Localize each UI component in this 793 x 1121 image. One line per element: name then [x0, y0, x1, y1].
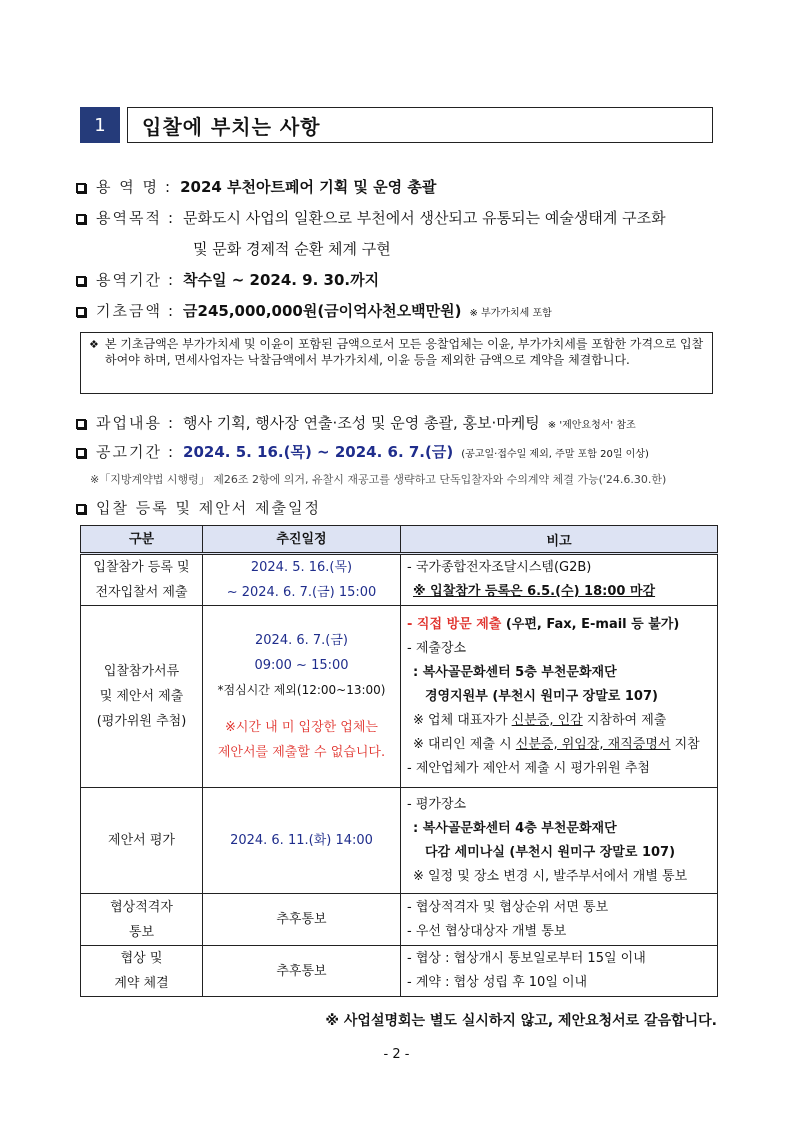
item-base-amount: 기초금액 : 금245,000,000원(금이억사천오백만원) ※ 부가가치세 …: [76, 300, 552, 321]
colon: :: [168, 302, 173, 320]
cell-category: 협상적격자 통보: [81, 894, 203, 946]
text: ※ 업체 대표자가: [413, 713, 512, 728]
table-row: 입찰참가 등록 및 전자입찰서 제출 2024. 5. 16.(목) ~ 202…: [81, 554, 718, 606]
text-line: 2024. 6. 7.(금): [203, 628, 400, 653]
item-value: 착수일 ~ 2024. 9. 30.까지: [183, 269, 379, 290]
text-line: - 국가종합전자조달시스템(G2B): [407, 556, 717, 580]
item-label: 공고기간: [96, 441, 162, 462]
cell-remarks: - 협상적격자 및 협상순위 서면 통보 - 우선 협상대상자 개별 통보: [401, 894, 718, 946]
text-line: 다감 세미나실 (부천시 원미구 장말로 107): [407, 841, 717, 865]
text-line: : 복사골문화센터 5층 부천문화재단: [407, 661, 717, 685]
header-category: 구분: [81, 526, 203, 554]
item-label: 용 역 명: [96, 176, 159, 197]
item-announcement-period: 공고기간 : 2024. 5. 16.(목) ~ 2024. 6. 7.(금) …: [76, 441, 649, 462]
text-line: 협상 및: [81, 946, 202, 971]
text-line: ※시간 내 미 입장한 업체는: [203, 715, 400, 740]
notice-text: 본 기초금액은 부가가치세 및 이윤이 포함된 금액으로서 모든 응찰업체는 이…: [105, 337, 703, 367]
table-row: 협상적격자 통보 추후통보 - 협상적격자 및 협상순위 서면 통보 - 우선 …: [81, 894, 718, 946]
item-note: (공고일·접수일 제외, 주말 포함 20일 이상): [461, 445, 649, 460]
text-line: ~ 2024. 6. 7.(금) 15:00: [203, 580, 400, 605]
text: ※ 대리인 제출 시: [413, 737, 516, 752]
table-row: 제안서 평가 2024. 6. 11.(화) 14:00 - 평가장소 : 복사…: [81, 788, 718, 894]
text-line: 입찰참가서류: [81, 659, 202, 684]
table-row: 협상 및 계약 체결 추후통보 - 협상 : 협상개시 통보일로부터 15일 이…: [81, 946, 718, 997]
text-line: 및 제안서 제출: [81, 684, 202, 709]
cell-category: 입찰참가서류 및 제안서 제출 (평가위원 추첨): [81, 606, 203, 788]
cell-remarks: - 평가장소 : 복사골문화센터 4층 부천문화재단 다감 세미나실 (부천시 …: [401, 788, 718, 894]
text-line: - 협상적격자 및 협상순위 서면 통보: [407, 896, 717, 920]
checkbox-icon: [76, 448, 86, 458]
item-label: 기초금액: [96, 300, 162, 321]
table-header-row: 구분 추진일정 비고: [81, 526, 718, 554]
item-service-name: 용 역 명 : 2024 부천아트페어 기획 및 운영 총괄: [76, 176, 436, 197]
text-line: 제안서를 제출할 수 없습니다.: [203, 740, 400, 765]
cell-schedule: 2024. 6. 7.(금) 09:00 ~ 15:00 *점심시간 제외(12…: [203, 606, 401, 788]
cell-remarks: - 직접 방문 제출 (우편, Fax, E-mail 등 불가) - 제출장소…: [401, 606, 718, 788]
text-line: 제안서 평가: [81, 828, 202, 853]
header-remarks: 비고: [401, 526, 718, 554]
red-text: - 직접 방문 제출: [407, 617, 501, 632]
text-line: *점심시간 제외(12:00~13:00): [203, 678, 400, 703]
colon: :: [168, 443, 173, 461]
item-note: ※ 부가가치세 포함: [469, 304, 551, 319]
item-service-period: 용역기간 : 착수일 ~ 2024. 9. 30.까지: [76, 269, 379, 290]
item-service-purpose: 용역목적 : 문화도시 사업의 일환으로 부천에서 생산되고 유통되는 예술생태…: [76, 207, 666, 228]
underlined-text: 신분증, 인감: [512, 713, 583, 728]
text-line: 추후통보: [203, 959, 400, 984]
text-line: 입찰참가 등록 및: [81, 555, 202, 580]
section-title: 입찰에 부치는 사항: [127, 107, 713, 143]
text-line: ※ 대리인 제출 시 신분증, 위임장, 재직증명서 지참: [407, 733, 717, 757]
cell-schedule: 추후통보: [203, 894, 401, 946]
item-value-cont: 및 문화 경제적 순환 체계 구현: [193, 238, 391, 259]
checkbox-icon: [76, 504, 86, 514]
text-line: 09:00 ~ 15:00: [203, 653, 400, 678]
text-line: - 제출장소: [407, 637, 717, 661]
colon: :: [168, 414, 173, 432]
text-line: ※ 업체 대표자가 신분증, 인감 지참하여 제출: [407, 709, 717, 733]
item-label: 용역기간: [96, 269, 162, 290]
item-note: ※ '제안요청서' 참조: [548, 416, 636, 431]
law-footnote: ※「지방계약법 시행령」 제26조 2항에 의거, 유찰시 재공고를 생략하고 …: [90, 471, 666, 487]
section-number-badge: 1: [80, 107, 120, 143]
text-line: 전자입찰서 제출: [81, 580, 202, 605]
cell-category: 협상 및 계약 체결: [81, 946, 203, 997]
text-line: ※ 일정 및 장소 변경 시, 발주부서에서 개별 통보: [407, 865, 717, 889]
checkbox-icon: [76, 214, 86, 224]
closing-note: ※ 사업설명회는 별도 실시하지 않고, 제안요청서로 갈음합니다.: [325, 1010, 717, 1030]
item-label: 용역목적: [96, 207, 162, 228]
schedule-table: 구분 추진일정 비고 입찰참가 등록 및 전자입찰서 제출 2024. 5. 1…: [80, 525, 718, 997]
checkbox-icon: [76, 183, 86, 193]
cell-schedule: 2024. 5. 16.(목) ~ 2024. 6. 7.(금) 15:00: [203, 554, 401, 606]
text-line: 2024. 5. 16.(목): [203, 555, 400, 580]
text-line: 경영지원부 (부천시 원미구 장말로 107): [407, 685, 717, 709]
underlined-text: 신분증, 위임장, 재직증명서: [516, 737, 671, 752]
text-line: - 협상 : 협상개시 통보일로부터 15일 이내: [407, 947, 717, 971]
item-value: 행사 기획, 행사장 연출·조성 및 운영 총괄, 홍보·마케팅: [183, 412, 540, 433]
item-value: 금245,000,000원(금이억사천오백만원): [183, 300, 461, 321]
text-line: 2024. 6. 11.(화) 14:00: [203, 828, 400, 853]
text-line: - 직접 방문 제출 (우편, Fax, E-mail 등 불가): [407, 613, 717, 637]
page-number: - 2 -: [0, 1047, 793, 1062]
notice-box: ❖ 본 기초금액은 부가가치세 및 이윤이 포함된 금액으로서 모든 응찰업체는…: [80, 332, 713, 394]
text-line: - 제안업체가 제안서 제출 시 평가위원 추첨: [407, 757, 717, 781]
table-row: 입찰참가서류 및 제안서 제출 (평가위원 추첨) 2024. 6. 7.(금)…: [81, 606, 718, 788]
text: 지참: [670, 737, 699, 752]
checkbox-icon: [76, 419, 86, 429]
item-value: 2024. 5. 16.(목) ~ 2024. 6. 7.(금): [183, 441, 453, 462]
item-work-content: 과업내용 : 행사 기획, 행사장 연출·조성 및 운영 총괄, 홍보·마케팅 …: [76, 412, 636, 433]
text-line: - 평가장소: [407, 793, 717, 817]
schedule-heading: 입찰 등록 및 제안서 제출일정: [76, 497, 321, 518]
text: 지참하여 제출: [583, 713, 667, 728]
text-line: (평가위원 추첨): [81, 709, 202, 734]
item-value: 2024 부천아트페어 기획 및 운영 총괄: [180, 176, 436, 197]
text-line: - 계약 : 협상 성립 후 10일 이내: [407, 971, 717, 995]
item-value: 문화도시 사업의 일환으로 부천에서 생산되고 유통되는 예술생태계 구조화: [183, 207, 666, 228]
text-line: : 복사골문화센터 4층 부천문화재단: [407, 817, 717, 841]
diamond-bullet-icon: ❖: [89, 337, 99, 353]
schedule-heading-text: 입찰 등록 및 제안서 제출일정: [96, 497, 321, 518]
cell-category: 제안서 평가: [81, 788, 203, 894]
cell-category: 입찰참가 등록 및 전자입찰서 제출: [81, 554, 203, 606]
checkbox-icon: [76, 307, 86, 317]
cell-schedule: 2024. 6. 11.(화) 14:00: [203, 788, 401, 894]
text: (우편, Fax, E-mail 등 불가): [501, 617, 679, 632]
cell-remarks: - 협상 : 협상개시 통보일로부터 15일 이내 - 계약 : 협상 성립 후…: [401, 946, 718, 997]
text-line: 계약 체결: [81, 971, 202, 996]
header-schedule: 추진일정: [203, 526, 401, 554]
spacer: [203, 703, 400, 715]
colon: :: [165, 178, 170, 196]
colon: :: [168, 271, 173, 289]
checkbox-icon: [76, 276, 86, 286]
colon: :: [168, 209, 173, 227]
text-line: 추후통보: [203, 907, 400, 932]
text-line: 협상적격자: [81, 895, 202, 920]
cell-schedule: 추후통보: [203, 946, 401, 997]
item-service-purpose-cont: 및 문화 경제적 순환 체계 구현: [193, 238, 391, 259]
cell-remarks: - 국가종합전자조달시스템(G2B) ※ 입찰참가 등록은 6.5.(수) 18…: [401, 554, 718, 606]
item-label: 과업내용: [96, 412, 162, 433]
text-line: ※ 입찰참가 등록은 6.5.(수) 18:00 마감: [407, 580, 717, 604]
text-line: 통보: [81, 920, 202, 945]
text-line: - 우선 협상대상자 개별 통보: [407, 920, 717, 944]
